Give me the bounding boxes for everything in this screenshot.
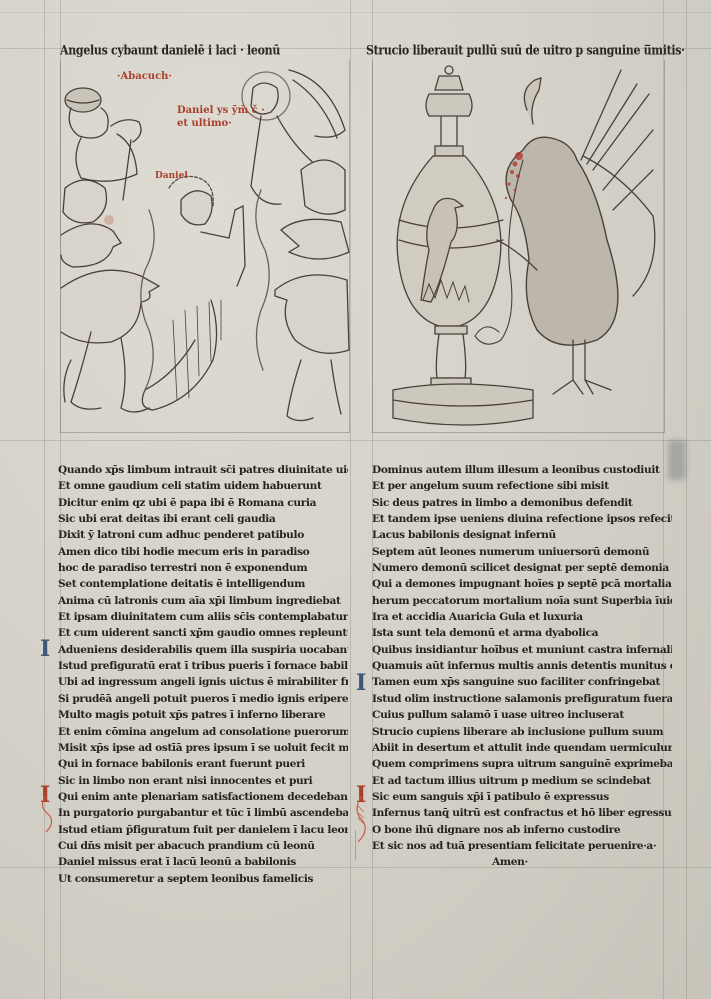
text-line: Amen·: [372, 854, 672, 870]
text-line: Sic in limbo non erant nisi innocentes e…: [58, 773, 348, 789]
text-line: Quamuis aūt infernus multis annis detent…: [372, 658, 672, 674]
left-illustration-panel: ·Abacuch· Daniel ys ȳm̄ č · et ultimo· D…: [60, 60, 350, 433]
text-line: Amen dico tibi hodie mecum eris in parad…: [58, 544, 348, 560]
right-text-column: Dominus autem illum illesum a leonibus c…: [372, 462, 672, 871]
text-line: Qui in fornace babilonis erant fuerunt p…: [58, 756, 348, 772]
blue-initial-right: I: [356, 672, 366, 694]
text-line: Sic deus patres in limbo a demonibus def…: [372, 495, 672, 511]
text-line: Adueniens desiderabilis quem illa suspir…: [58, 642, 348, 658]
text-line: Istud etiam p̄figuratum fuit per daniele…: [58, 822, 348, 838]
text-line: Quem comprimens supra uitrum sanguinē ex…: [372, 756, 672, 772]
text-line: Sic ubi erat deitas ibi erant celi gaudi…: [58, 511, 348, 527]
text-line: Cui dn̄s misit per abacuch prandium cū l…: [58, 838, 348, 854]
label-daniel-note-line-1: Daniel ys ȳm̄ č ·: [177, 104, 265, 117]
text-line: Qui enim ante plenariam satisfactionem d…: [58, 789, 348, 805]
center-ruling-left: [350, 0, 351, 999]
text-line: Strucio cupiens liberare ab inclusione p…: [372, 724, 672, 740]
text-line: Dominus autem illum illesum a leonibus c…: [372, 462, 672, 478]
label-abacuch: ·Abacuch·: [117, 70, 172, 83]
top-margin-line: [0, 12, 711, 13]
text-line: Istud prefiguratū erat ī tribus pueris ī…: [58, 658, 348, 674]
left-panel-caption: Angelus cybaunt danielē i laci · leonū: [60, 43, 280, 58]
blue-initial-left: I: [40, 638, 50, 660]
text-line: Dixit ȳ latroni cum adhuc penderet patib…: [58, 527, 348, 543]
right-panel-caption: Strucio liberauit pullū suū de uitro p s…: [366, 43, 685, 58]
mid-ruling-line: [0, 440, 711, 441]
text-line: Numero demonū scilicet designat per sept…: [372, 560, 672, 576]
text-line: Et sic nos ad tuā presentiam felicitate …: [372, 838, 672, 854]
left-text-column: Quando xp̄s limbum intrauit sc̄i patres …: [58, 462, 348, 887]
text-line: Cuius pullum salamō ī uase uitreo inclus…: [372, 707, 672, 723]
text-line: Sic eum sanguis xp̄i ī patibulo ē expres…: [372, 789, 672, 805]
text-line: Et ipsam diuinitatem cum aliis sc̄is con…: [58, 609, 348, 625]
text-line: Septem aūt leones numerum uniuersorū dem…: [372, 544, 672, 560]
text-line: Misit xp̄s ipse ad ostīā pres ipsum ī se…: [58, 740, 348, 756]
text-line: Ista sunt tela demonū et arma dyabolica: [372, 625, 672, 641]
text-line: Multo magis potuit xp̄s patres ī inferno…: [58, 707, 348, 723]
text-line: Dicitur enim qz ubi ē papa ibi ē Romana …: [58, 495, 348, 511]
left-outer-ruling: [44, 0, 45, 999]
text-line: Et enim cōmina angelum ad consolatione p…: [58, 724, 348, 740]
text-line: O bone ihū dignare nos ab inferno custod…: [372, 822, 672, 838]
text-line: Et omne gaudium celi statim uidem habuer…: [58, 478, 348, 494]
manuscript-page: Angelus cybaunt danielē i laci · leonū S…: [0, 0, 711, 999]
label-daniel: Daniel: [155, 170, 188, 183]
text-line: Quibus insidiantur hoībus et muniunt cas…: [372, 642, 672, 658]
right-outer-ruling: [686, 0, 687, 999]
text-line: hoc de paradiso terrestri non ē exponend…: [58, 560, 348, 576]
text-line: Et ad tactum illius uitrum p medium se s…: [372, 773, 672, 789]
text-line: Tamen eum xp̄s sanguine suo faciliter co…: [372, 674, 672, 690]
text-line: Et per angelum suum refectione sibi misi…: [372, 478, 672, 494]
text-line: Set contemplatione deitatis ē intelligen…: [58, 576, 348, 592]
right-illustration-panel: [372, 60, 665, 433]
text-line: Si prudēā angeli potuit pueros ī medio i…: [58, 691, 348, 707]
red-flourish-right: [352, 794, 372, 844]
text-line: Quando xp̄s limbum intrauit sc̄i patres …: [58, 462, 348, 478]
text-line: Anima cū latronis cum aīa xp̄i limbum in…: [58, 593, 348, 609]
text-line: Et cum uiderent sancti xp̄m gaudio omnes…: [58, 625, 348, 641]
red-flourish-left: [38, 794, 58, 834]
label-daniel-note-line-2: et ultimo·: [177, 117, 265, 130]
text-line: Istud olim instructione salamonis prefig…: [372, 691, 672, 707]
text-line: Ubi ad ingressum angeli ignis uictus ē m…: [58, 674, 348, 690]
text-line: Daniel missus erat ī lacū leonū a babilo…: [58, 854, 348, 870]
text-line: Abiit in desertum et attulit inde quenda…: [372, 740, 672, 756]
ostrich-vessel-illustration: [373, 60, 664, 432]
text-line: In purgatorio purgabantur et tūc ī limbū…: [58, 805, 348, 821]
text-line: Infernus tanq̄ uitrū est confractus et h…: [372, 805, 672, 821]
text-line: herum peccatorum mortalium noīa sunt Sup…: [372, 593, 672, 609]
text-line: Ut consumeretur a septem leonibus fameli…: [58, 871, 348, 887]
label-daniel-note: Daniel ys ȳm̄ č · et ultimo·: [177, 104, 265, 130]
text-line: Qui a demones impugnant hoīes p septē pc…: [372, 576, 672, 592]
text-line: Ira et accidia Auaricia Gula et luxuria: [372, 609, 672, 625]
text-line: Et tandem ipse ueniens diuina refectione…: [372, 511, 672, 527]
text-line: Lacus babilonis designat infernū: [372, 527, 672, 543]
